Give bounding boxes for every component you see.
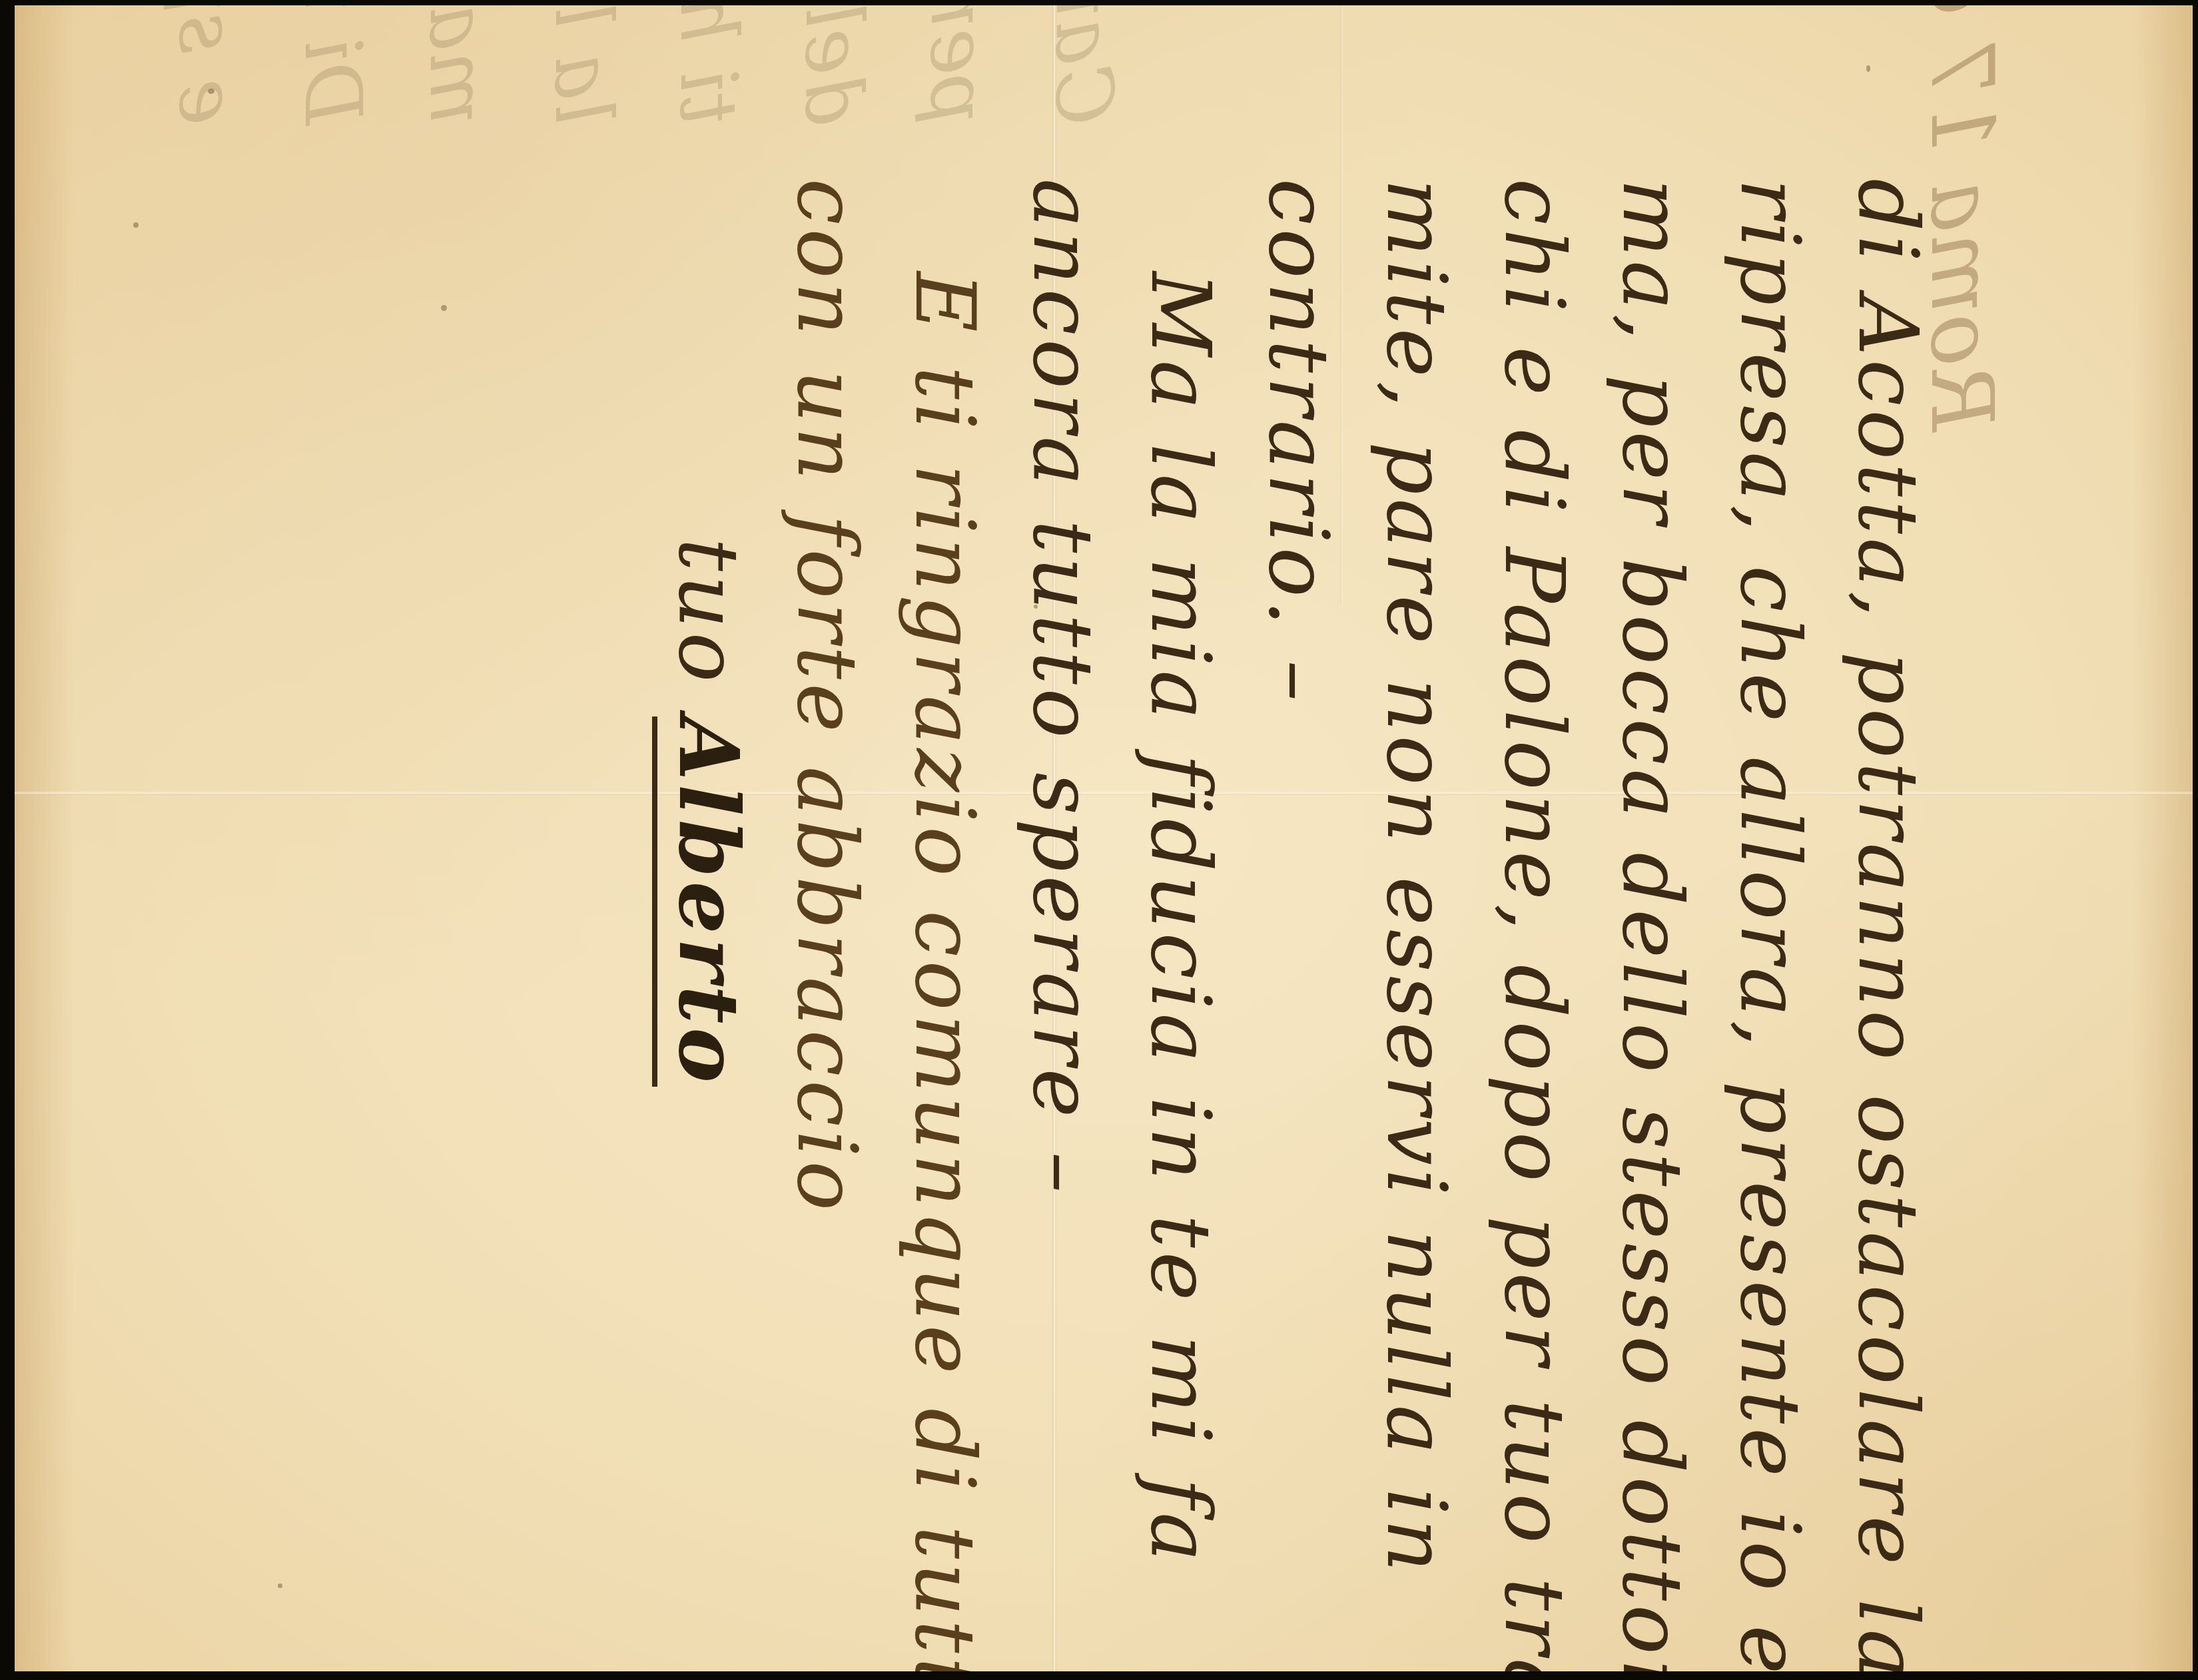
paper-speck (133, 222, 139, 228)
letter-line-4: chi e di Paolone, dopo per tuo tra- (1475, 178, 1593, 1577)
scanned-document: Roma 17 ottobre 1914 Caro Cicoletto, son… (0, 0, 2198, 1680)
signature-prefix: tuo (660, 538, 756, 686)
verso-line: per dirti che il giorno (897, 5, 1022, 125)
letter-line-2: ripresa, che allora, presente io e Ro- (1710, 178, 1828, 1577)
letter-line-3: ma, per bocca dello stesso dottor Petroc… (1593, 178, 1710, 1577)
paper-speck (441, 305, 447, 311)
signature: Alberto (652, 716, 757, 1087)
letter-line-6: contrario. – (1239, 178, 1357, 1577)
letter-line-9: E ti ringrazio comunque di tutto (885, 178, 1003, 1577)
letter-line-8: ancora tutto sperare – (1003, 178, 1121, 1577)
letter-paper: Roma 17 ottobre 1914 Caro Cicoletto, son… (15, 5, 2193, 1671)
verso-line: ti ho scritto e mandato (646, 5, 771, 125)
paper-edge-stain-right (2133, 5, 2193, 1671)
letter-closing: con un forte abbraccio (767, 178, 885, 1577)
verso-line: dello stesso mese io (771, 5, 897, 125)
paper-speck (278, 1583, 282, 1588)
letter-body: di Acotta, potranno ostacolare la mia ri… (649, 178, 1946, 1577)
verso-line: ma non ho avuto risposta (396, 5, 521, 125)
letter-line-1: di Acotta, potranno ostacolare la mia (1828, 178, 1946, 1577)
paper-speck (1034, 605, 1038, 609)
paper-speck (1866, 65, 1870, 72)
paper-speck (208, 89, 214, 94)
verso-line: e spero che tu abbia (145, 5, 270, 125)
verso-line: Di nuovo ti scrivo (270, 5, 396, 125)
verso-line: Caro Cicoletto, sono qui (1022, 5, 1147, 125)
paper-edge-stain-left (15, 5, 75, 1671)
letter-line-7: Ma la mia fiducia in te mi fa (1121, 178, 1239, 1577)
verso-line: la lettera di cui sopra (521, 5, 646, 125)
letter-line-5: mite, pare non esservi nulla in (1357, 178, 1475, 1577)
signature-line: tuo Alberto (649, 178, 767, 1577)
verso-text-bleed-through: Caro Cicoletto, sono qui per dirti che i… (281, 5, 1147, 125)
